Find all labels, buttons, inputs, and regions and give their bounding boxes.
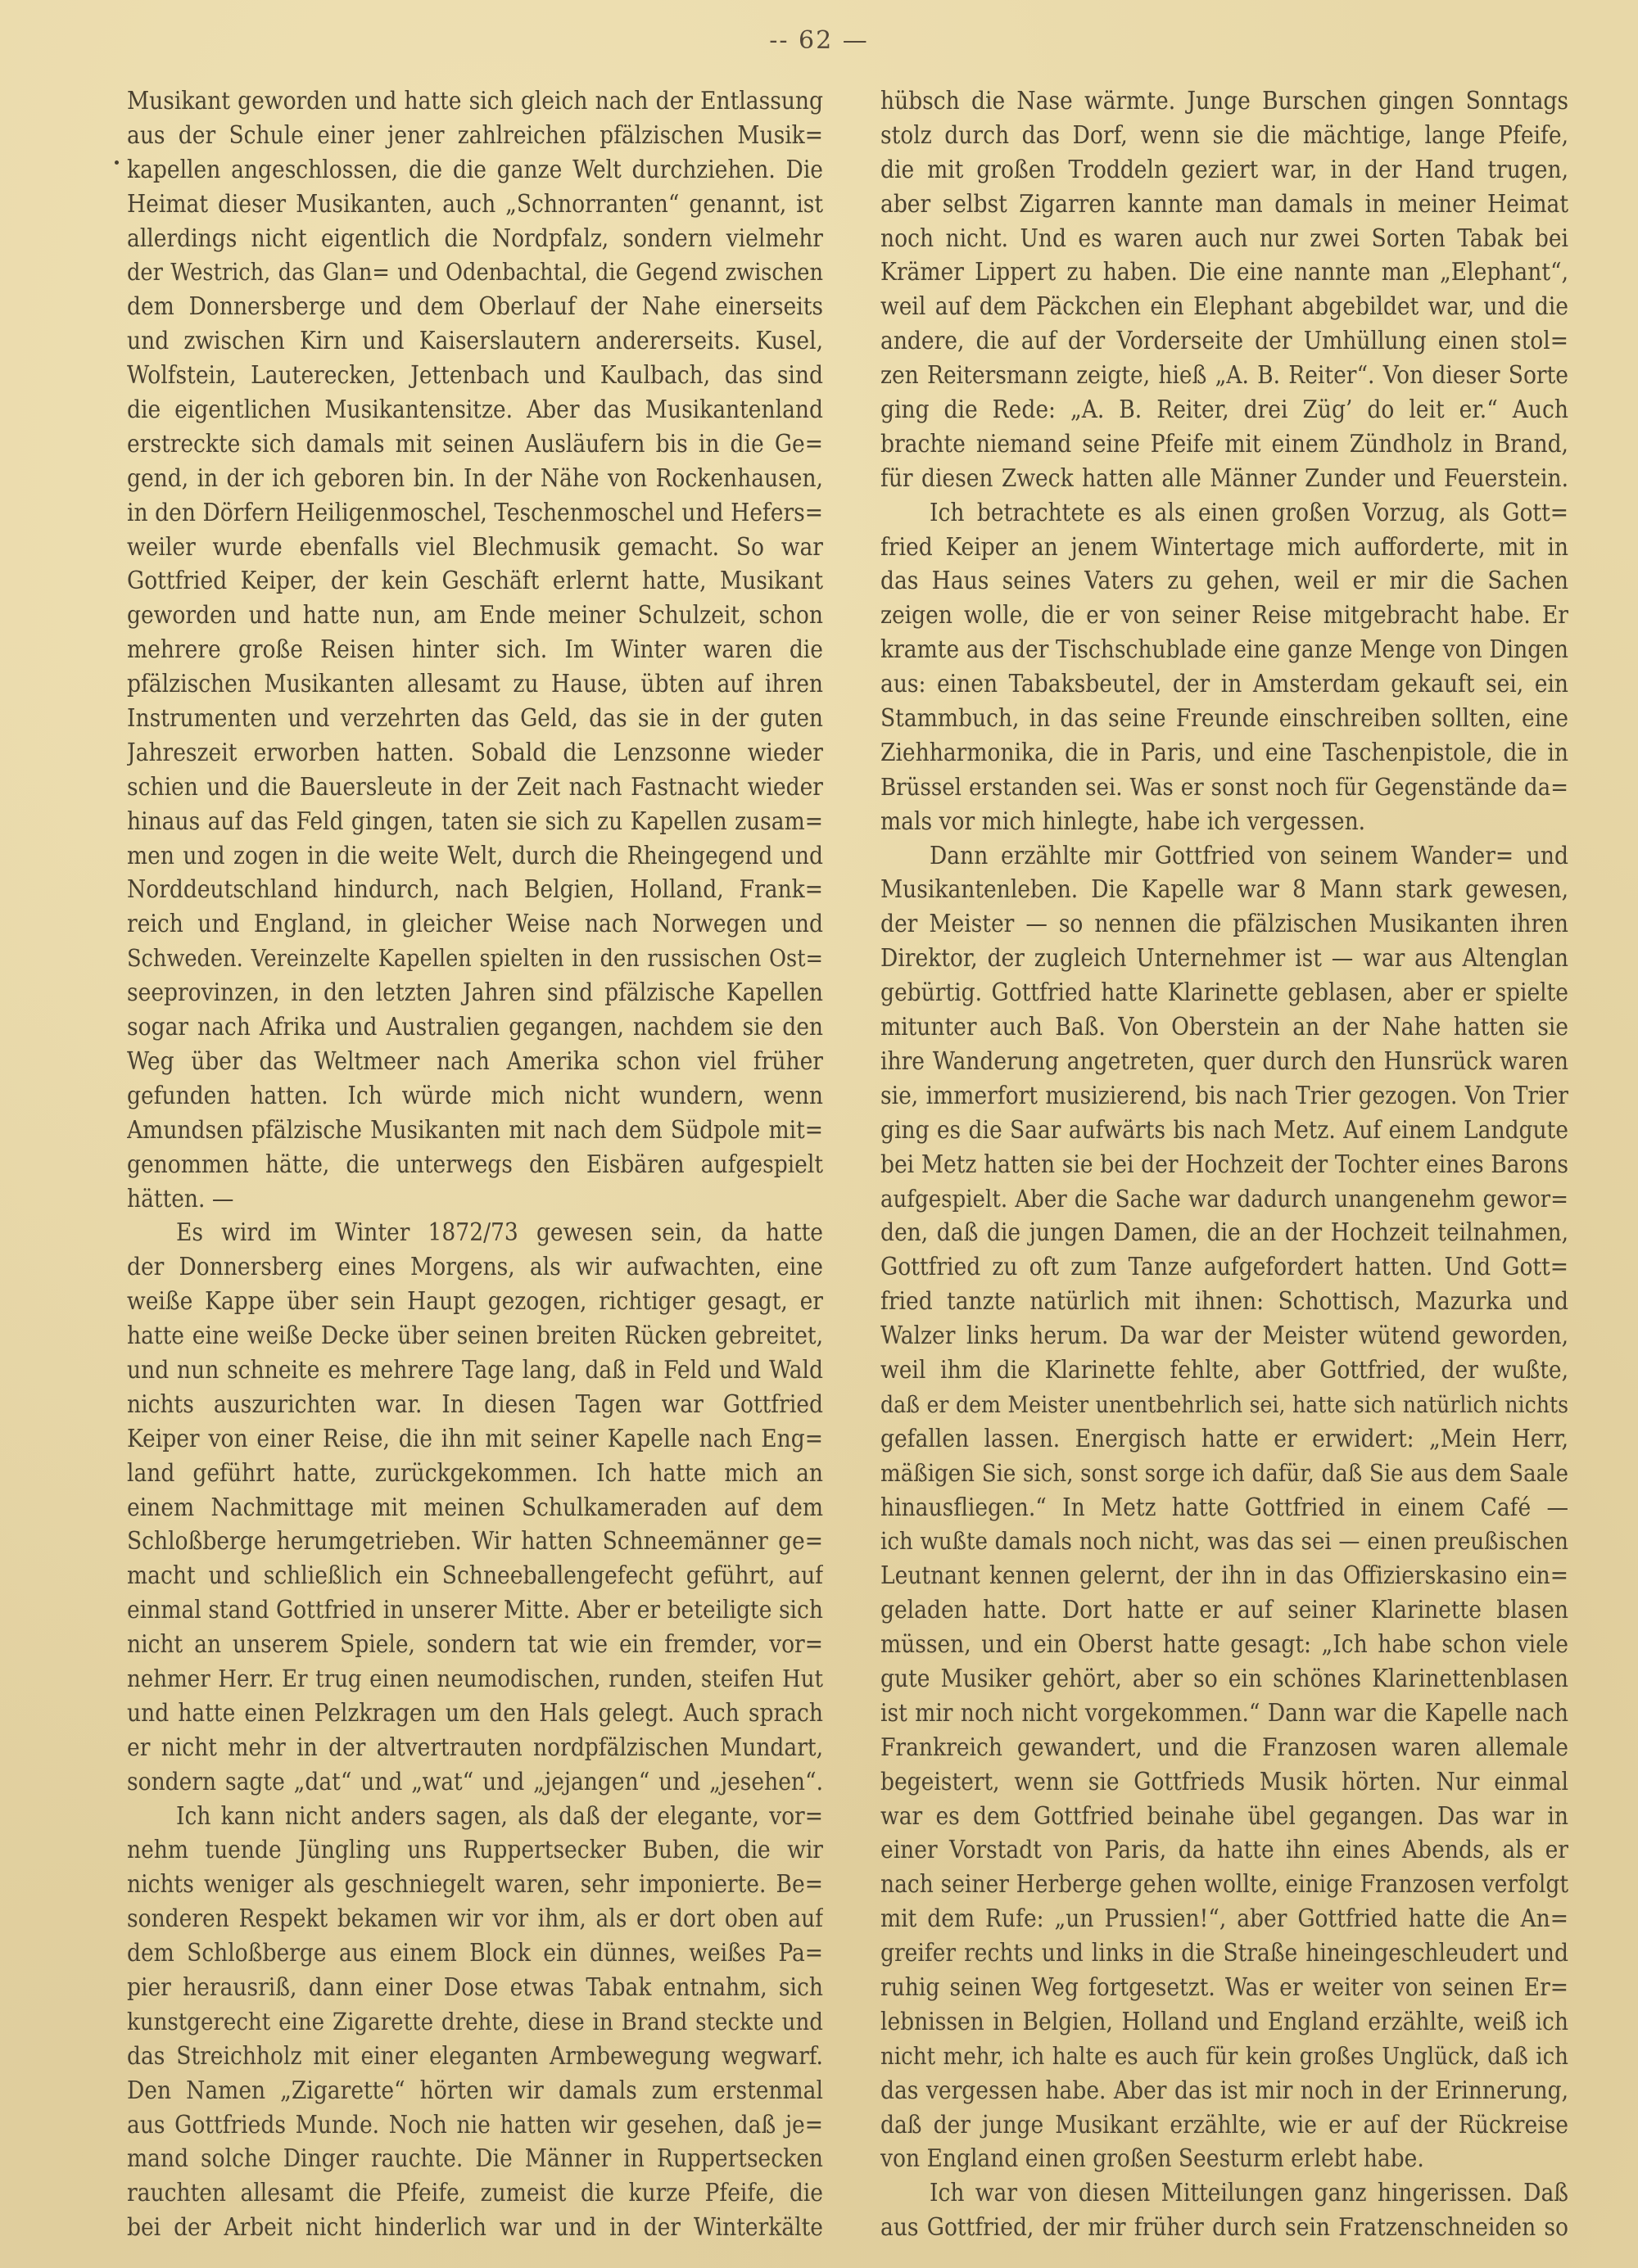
text-line: weiler wurde ebenfalls viel Blechmusik g…: [127, 531, 823, 565]
text-line: ich wußte damals noch nicht, was das sei…: [880, 1525, 1568, 1559]
text-line: Heimat dieser Musikanten, auch „Schnorra…: [127, 187, 823, 222]
text-line: nehm tuende Jüngling uns Ruppertsecker B…: [127, 1833, 823, 1868]
text-line: ging die Rede: „A. B. Reiter, drei Züg’ …: [880, 393, 1568, 427]
text-line: nehmer Herr. Er trug einen neumodischen,…: [127, 1662, 823, 1696]
text-line: einem Nachmittage mit meinen Schulkamera…: [127, 1491, 823, 1525]
text-line: und zwischen Kirn und Kaiserslautern and…: [127, 324, 823, 359]
text-line: ruhig seinen Weg fortgesetzt. Was er wei…: [880, 1971, 1568, 2005]
text-line: dem Schloßberge aus einem Block ein dünn…: [127, 1936, 823, 1971]
text-line: hübsch die Nase wärmte. Junge Burschen g…: [880, 84, 1568, 119]
text-line: begeistert, wenn sie Gottfrieds Musik hö…: [880, 1765, 1568, 1800]
text-line: nichts weniger als geschniegelt waren, s…: [127, 1868, 823, 1902]
text-line: ist mir noch nicht vorgekommen.“ Dann wa…: [880, 1696, 1568, 1731]
text-line: Schloßberge herumgetrieben. Wir hatten S…: [127, 1525, 823, 1559]
text-line: mitunter auch Baß. Von Oberstein an der …: [880, 1010, 1568, 1045]
text-line: einer Vorstadt von Paris, da hatte ihn e…: [880, 1833, 1568, 1868]
text-line: Schweden. Vereinzelte Kapellen spielten …: [127, 942, 823, 976]
text-line: geladen hatte. Dort hatte er auf seiner …: [880, 1593, 1568, 1628]
text-line: fried tanzte natürlich mit ihnen: Schott…: [880, 1285, 1568, 1319]
text-line: erstreckte sich damals mit seinen Ausläu…: [127, 427, 823, 462]
text-line: Dann erzählte mir Gottfried von seinem W…: [880, 839, 1568, 874]
text-line: und hatte einen Pelzkragen um den Hals g…: [127, 1696, 823, 1731]
text-line: Wolfstein, Lauterecken, Jettenbach und K…: [127, 359, 823, 393]
text-line: andere, die auf der Vorderseite der Umhü…: [880, 324, 1568, 359]
text-line: brachte niemand seine Pfeife mit einem Z…: [880, 427, 1568, 462]
text-line: Musikant geworden und hatte sich gleich …: [127, 84, 823, 119]
page-number: -- 62 —: [0, 26, 1638, 55]
text-line: Instrumenten und verzehrten das Geld, da…: [127, 702, 823, 736]
text-line: schien und die Bauersleute in der Zeit n…: [127, 770, 823, 805]
text-line: weiße Kappe über sein Haupt gezogen, ric…: [127, 1285, 823, 1319]
text-line: hinaus auf das Feld gingen, taten sie si…: [127, 805, 823, 839]
text-line: gefallen lassen. Energisch hatte er erwi…: [880, 1422, 1568, 1457]
text-line: ihre Wanderung angetreten, quer durch de…: [880, 1045, 1568, 1079]
text-line: weil auf dem Päckchen ein Elephant abgeb…: [880, 290, 1568, 324]
text-line: der Donnersberg eines Morgens, als wir a…: [127, 1250, 823, 1285]
text-line: bei Metz hatten sie bei der Hochzeit der…: [880, 1148, 1568, 1182]
text-line: Es wird im Winter 1872/73 gewesen sein, …: [127, 1216, 823, 1250]
text-line: mäßigen Sie sich, sonst sorge ich dafür,…: [880, 1457, 1568, 1491]
text-line: mand solche Dinger rauchte. Die Männer i…: [127, 2142, 823, 2176]
text-line: pfälzischen Musikanten allesamt zu Hause…: [127, 667, 823, 702]
text-line: nicht an unserem Spiele, sondern tat wie…: [127, 1628, 823, 1662]
text-line: zen Reitersmann zeigte, hieß „A. B. Reit…: [880, 359, 1568, 393]
text-line: Ziehharmonika, die in Paris, und eine Ta…: [880, 736, 1568, 770]
text-line: war es dem Gottfried beinahe übel gegang…: [880, 1800, 1568, 1834]
text-line: stolz durch das Dorf, wenn sie die mächt…: [880, 119, 1568, 153]
text-line: pier herausriß, dann einer Dose etwas Ta…: [127, 1971, 823, 2005]
text-line: Keiper von einer Reise, die ihn mit sein…: [127, 1422, 823, 1457]
text-line: die eigentlichen Musikantensitze. Aber d…: [127, 393, 823, 427]
text-line: den, daß die jungen Damen, die an der Ho…: [880, 1216, 1568, 1250]
text-line: aus Gottfrieds Munde. Noch nie hatten wi…: [127, 2108, 823, 2143]
text-line: aus: einen Tabaksbeutel, der in Amsterda…: [880, 667, 1568, 702]
text-line: daß er dem Meister unentbehrlich sei, ha…: [880, 1388, 1568, 1422]
text-line: hinausfliegen.“ In Metz hatte Gottfried …: [880, 1491, 1568, 1525]
text-line: Gottfried zu oft zum Tanze aufgefordert …: [880, 1250, 1568, 1285]
text-line: Ich betrachtete es als einen großen Vorz…: [880, 496, 1568, 531]
text-line: die mit großen Troddeln geziert war, in …: [880, 153, 1568, 187]
right-column: hübsch die Nase wärmte. Junge Burschen g…: [880, 84, 1568, 2245]
text-line: kramte aus der Tischschublade eine ganze…: [880, 633, 1568, 667]
text-line: mehrere große Reisen hinter sich. Im Win…: [127, 633, 823, 667]
text-line: einmal stand Gottfried in unserer Mitte.…: [127, 1593, 823, 1628]
text-line: genommen hätte, die unterwegs den Eisbär…: [127, 1148, 823, 1182]
text-line: sie, immerfort musizierend, bis nach Tri…: [880, 1079, 1568, 1114]
text-line: Jahreszeit erworben hatten. Sobald die L…: [127, 736, 823, 770]
text-line: aus der Schule einer jener zahlreichen p…: [127, 119, 823, 153]
text-line: das vergessen habe. Aber das ist mir noc…: [880, 2074, 1568, 2108]
text-line: Weg über das Weltmeer nach Amerika schon…: [127, 1045, 823, 1079]
text-line: fried Keiper an jenem Wintertage mich au…: [880, 531, 1568, 565]
text-line: land geführt hatte, zurückgekommen. Ich …: [127, 1457, 823, 1491]
text-line: in den Dörfern Heiligenmoschel, Teschenm…: [127, 496, 823, 531]
text-line: gute Musiker gehört, aber so ein schönes…: [880, 1662, 1568, 1696]
text-line: zeigen wolle, die er von seiner Reise mi…: [880, 599, 1568, 633]
text-line: Amundsen pfälzische Musikanten mit nach …: [127, 1114, 823, 1148]
text-line: kunstgerecht eine Zigarette drehte, dies…: [127, 2005, 823, 2040]
text-line: mals vor mich hinlegte, habe ich vergess…: [880, 805, 1568, 839]
text-line: daß der junge Musikant erzählte, wie er …: [880, 2108, 1568, 2143]
text-line: reich und England, in gleicher Weise nac…: [127, 907, 823, 942]
text-line: der Meister — so nennen die pfälzischen …: [880, 907, 1568, 942]
text-line: er nicht mehr in der altvertrauten nordp…: [127, 1731, 823, 1765]
text-line: von England einen großen Seesturm erlebt…: [880, 2142, 1568, 2176]
text-line: und nun schneite es mehrere Tage lang, d…: [127, 1353, 823, 1388]
text-line: macht und schließlich ein Schneeballenge…: [127, 1559, 823, 1593]
text-line: Norddeutschland hindurch, nach Belgien, …: [127, 873, 823, 907]
text-line: nach seiner Herberge gehen wollte, einig…: [880, 1868, 1568, 1902]
text-line: Direktor, der zugleich Unternehmer ist —…: [880, 942, 1568, 976]
text-line: aber selbst Zigarren kannte man damals i…: [880, 187, 1568, 222]
text-line: greifer rechts und links in die Straße h…: [880, 1936, 1568, 1971]
text-line: men und zogen in die weite Welt, durch d…: [127, 839, 823, 874]
text-line: nichts auszurichten war. In diesen Tagen…: [127, 1388, 823, 1422]
text-line: mit dem Rufe: „un Prussien!“, aber Gottf…: [880, 1902, 1568, 1936]
text-line: geworden und hatte nun, am Ende meiner S…: [127, 599, 823, 633]
text-line: Musikantenleben. Die Kapelle war 8 Mann …: [880, 873, 1568, 907]
text-line: Den Namen „Zigarette“ hörten wir damals …: [127, 2074, 823, 2108]
text-line: aufgespielt. Aber die Sache war dadurch …: [880, 1182, 1568, 1217]
text-line: nicht mehr, ich halte es auch für kein g…: [880, 2040, 1568, 2074]
text-line: bei der Arbeit nicht hinderlich war und …: [127, 2211, 823, 2245]
text-line: hatte eine weiße Decke über seinen breit…: [127, 1319, 823, 1353]
text-line: das Streichholz mit einer eleganten Armb…: [127, 2040, 823, 2074]
text-line: Frankreich gewandert, und die Franzosen …: [880, 1731, 1568, 1765]
text-line: gebürtig. Gottfried hatte Klarinette geb…: [880, 976, 1568, 1010]
text-line: Krämer Lippert zu haben. Die eine nannte…: [880, 255, 1568, 290]
text-line: gefunden hatten. Ich würde mich nicht wu…: [127, 1079, 823, 1114]
text-line: das Haus seines Vaters zu gehen, weil er…: [880, 564, 1568, 599]
text-line: müssen, und ein Oberst hatte gesagt: „Ic…: [880, 1628, 1568, 1662]
text-line: gend, in der ich geboren bin. In der Näh…: [127, 462, 823, 496]
text-line: seeprovinzen, in den letzten Jahren sind…: [127, 976, 823, 1010]
text-line: hätten. —: [127, 1182, 823, 1217]
text-line: allerdings nicht eigentlich die Nordpfal…: [127, 222, 823, 256]
text-line: Brüssel erstanden sei. Was er sonst noch…: [880, 770, 1568, 805]
text-line: noch nicht. Und es waren auch nur zwei S…: [880, 222, 1568, 256]
text-line: Walzer links herum. Da war der Meister w…: [880, 1319, 1568, 1353]
text-line: rauchten allesamt die Pfeife, zumeist di…: [127, 2176, 823, 2211]
text-line: dem Donnersberge und dem Oberlauf der Na…: [127, 290, 823, 324]
text-line: Ich war von diesen Mitteilungen ganz hin…: [880, 2176, 1568, 2211]
text-line: Gottfried Keiper, der kein Geschäft erle…: [127, 564, 823, 599]
margin-mark: [115, 160, 119, 165]
text-line: ging es die Saar aufwärts bis nach Metz.…: [880, 1114, 1568, 1148]
left-column: Musikant geworden und hatte sich gleich …: [127, 84, 823, 2245]
text-line: Ich kann nicht anders sagen, als daß der…: [127, 1800, 823, 1834]
text-line: Stammbuch, in das seine Freunde einschre…: [880, 702, 1568, 736]
text-line: weil ihm die Klarinette fehlte, aber Got…: [880, 1353, 1568, 1388]
text-line: kapellen angeschlossen, die die ganze We…: [127, 153, 823, 187]
text-line: der Westrich, das Glan= und Odenbachtal,…: [127, 255, 823, 290]
text-line: sonderen Respekt bekamen wir vor ihm, al…: [127, 1902, 823, 1936]
text-line: sondern sagte „dat“ und „wat“ und „jejan…: [127, 1765, 823, 1800]
text-line: für diesen Zweck hatten alle Männer Zund…: [880, 462, 1568, 496]
text-line: lebnissen in Belgien, Holland und Englan…: [880, 2005, 1568, 2040]
text-line: sogar nach Afrika und Australien gegange…: [127, 1010, 823, 1045]
text-line: aus Gottfried, der mir früher durch sein…: [880, 2211, 1568, 2245]
text-line: Leutnant kennen gelernt, der ihn in das …: [880, 1559, 1568, 1593]
